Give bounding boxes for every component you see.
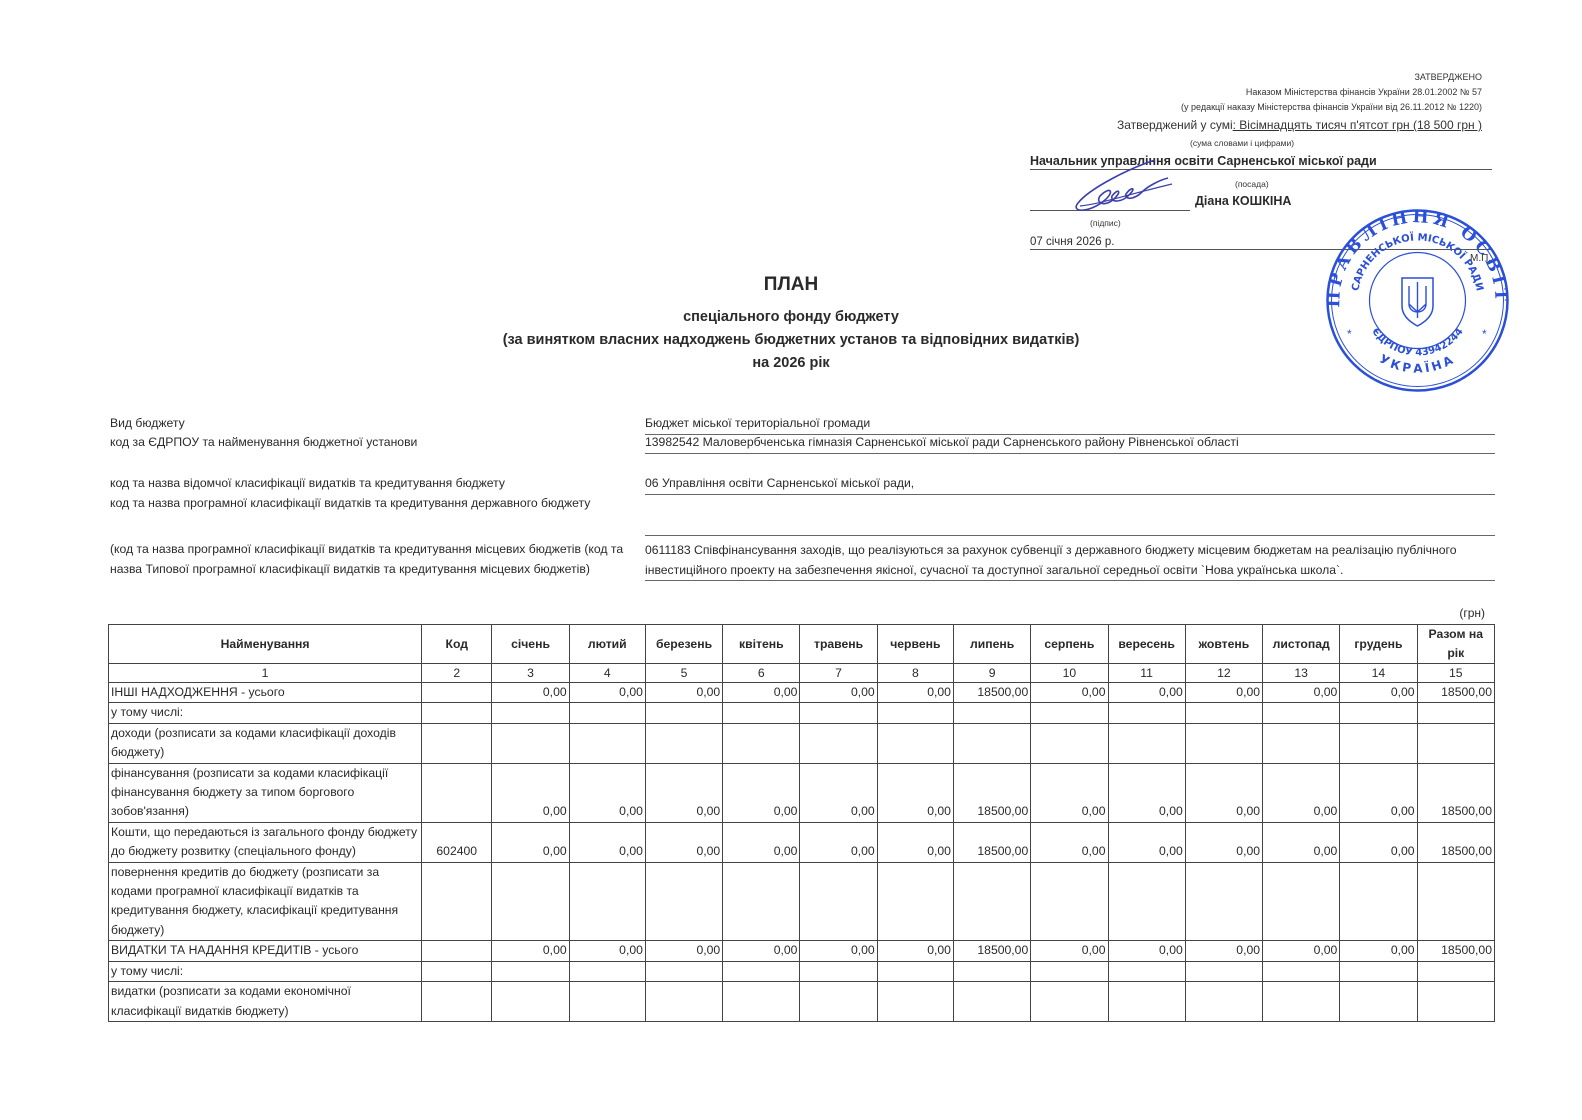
row-value: 0,00 — [1185, 763, 1262, 822]
row-value — [1031, 862, 1108, 941]
row-value — [645, 982, 722, 1022]
column-header: квітень — [723, 625, 800, 664]
row-value: 0,00 — [800, 822, 877, 862]
row-value — [877, 703, 953, 723]
row-name: видатки (розписати за кодами економічної… — [109, 982, 422, 1022]
column-index: 5 — [645, 664, 722, 683]
document-subtitle: спеціального фонду бюджету — [0, 309, 1582, 325]
column-index: 12 — [1185, 664, 1262, 683]
row-value — [1185, 723, 1262, 763]
row-value — [1031, 982, 1108, 1022]
row-code — [422, 941, 492, 961]
row-value — [1417, 723, 1494, 763]
column-index: 4 — [569, 664, 645, 683]
row-value: 0,00 — [492, 822, 569, 862]
row-value — [1263, 982, 1340, 1022]
document-subtitle-note: (за винятком власних надходжень бюджетни… — [0, 332, 1582, 348]
document-year: на 2026 рік — [0, 355, 1582, 371]
row-value — [569, 703, 645, 723]
row-code: 602400 — [422, 822, 492, 862]
row-value: 0,00 — [1185, 941, 1262, 961]
row-value — [1263, 862, 1340, 941]
row-code — [422, 723, 492, 763]
row-value — [953, 723, 1030, 763]
row-value: 0,00 — [645, 941, 722, 961]
row-name: у тому числі: — [109, 703, 422, 723]
row-name: доходи (розписати за кодами класифікації… — [109, 723, 422, 763]
column-header: Код — [422, 625, 492, 664]
column-header: грудень — [1340, 625, 1417, 664]
row-value: 18500,00 — [1417, 763, 1494, 822]
row-value: 0,00 — [1340, 763, 1417, 822]
row-value — [800, 982, 877, 1022]
row-value — [492, 703, 569, 723]
signature-note: (підпис) — [1090, 218, 1121, 228]
column-index: 2 — [422, 664, 492, 683]
column-header: травень — [800, 625, 877, 664]
row-value — [723, 703, 800, 723]
signature-icon — [1060, 158, 1180, 218]
row-value — [1340, 703, 1417, 723]
table-row: повернення кредитів до бюджету (розписат… — [109, 862, 1495, 941]
column-header: Разом на рік — [1417, 625, 1494, 664]
row-value — [1031, 961, 1108, 981]
row-value: 18500,00 — [953, 683, 1030, 703]
row-value — [492, 961, 569, 981]
table-row: у тому числі: — [109, 703, 1495, 723]
row-value: 0,00 — [723, 683, 800, 703]
row-value — [1185, 703, 1262, 723]
row-value — [953, 982, 1030, 1022]
approved-sum: Затверджений у сумі: Вісімнадцять тисяч … — [1117, 115, 1482, 135]
row-value — [1340, 862, 1417, 941]
row-value: 0,00 — [800, 941, 877, 961]
row-value — [1417, 961, 1494, 981]
row-value: 0,00 — [1185, 822, 1262, 862]
column-index: 9 — [953, 664, 1030, 683]
row-value: 0,00 — [1340, 941, 1417, 961]
row-value: 0,00 — [1031, 763, 1108, 822]
column-header: Найменування — [109, 625, 422, 664]
row-value — [569, 862, 645, 941]
row-value — [877, 862, 953, 941]
currency-unit: (грн) — [1459, 606, 1485, 620]
row-value: 18500,00 — [953, 822, 1030, 862]
table-row: ІНШІ НАДХОДЖЕННЯ - усього0,000,000,000,0… — [109, 683, 1495, 703]
row-value: 0,00 — [569, 822, 645, 862]
row-value: 0,00 — [1108, 683, 1185, 703]
column-index: 6 — [723, 664, 800, 683]
column-index: 13 — [1263, 664, 1340, 683]
row-value — [1108, 703, 1185, 723]
row-value: 0,00 — [877, 683, 953, 703]
table-row: доходи (розписати за кодами класифікації… — [109, 723, 1495, 763]
row-name: ВИДАТКИ ТА НАДАННЯ КРЕДИТІВ - усього — [109, 941, 422, 961]
row-value: 0,00 — [645, 683, 722, 703]
sum-note: (сума словами і цифрами) — [1190, 138, 1294, 148]
column-index: 1 — [109, 664, 422, 683]
row-value — [877, 982, 953, 1022]
row-name: ІНШІ НАДХОДЖЕННЯ - усього — [109, 683, 422, 703]
row-value — [1263, 703, 1340, 723]
row-value: 18500,00 — [1417, 941, 1494, 961]
row-value — [877, 723, 953, 763]
row-code — [422, 982, 492, 1022]
row-value — [1263, 961, 1340, 981]
row-value — [1185, 982, 1262, 1022]
row-value — [569, 961, 645, 981]
row-code — [422, 703, 492, 723]
row-value — [1340, 723, 1417, 763]
row-value: 0,00 — [492, 683, 569, 703]
row-value: 0,00 — [1108, 763, 1185, 822]
column-index: 8 — [877, 664, 953, 683]
table-index-row: 123456789101112131415 — [109, 664, 1495, 683]
row-value — [800, 862, 877, 941]
row-code — [422, 763, 492, 822]
row-value — [1185, 862, 1262, 941]
approved-sum-value: : Вісімнадцять тисяч п'ятсот грн (18 500… — [1233, 118, 1482, 132]
row-value: 0,00 — [645, 763, 722, 822]
row-value: 0,00 — [1031, 941, 1108, 961]
row-value: 0,00 — [877, 763, 953, 822]
row-value — [1340, 961, 1417, 981]
row-value: 0,00 — [569, 941, 645, 961]
row-name: у тому числі: — [109, 961, 422, 981]
column-header: вересень — [1108, 625, 1185, 664]
row-value — [1108, 982, 1185, 1022]
column-header: жовтень — [1185, 625, 1262, 664]
row-value: 18500,00 — [953, 941, 1030, 961]
row-value: 0,00 — [723, 763, 800, 822]
row-value: 0,00 — [1108, 941, 1185, 961]
column-header: січень — [492, 625, 569, 664]
row-value — [1108, 723, 1185, 763]
row-value: 0,00 — [1263, 941, 1340, 961]
row-value: 0,00 — [1031, 683, 1108, 703]
row-value: 18500,00 — [1417, 822, 1494, 862]
row-value — [723, 982, 800, 1022]
row-value — [1031, 723, 1108, 763]
row-value — [953, 862, 1030, 941]
row-value: 0,00 — [723, 822, 800, 862]
approval-block: ЗАТВЕРДЖЕНО Наказом Міністерства фінансі… — [1117, 70, 1482, 135]
row-value — [723, 723, 800, 763]
row-value — [645, 723, 722, 763]
column-index: 3 — [492, 664, 569, 683]
row-value — [1263, 723, 1340, 763]
row-value — [800, 961, 877, 981]
row-value: 18500,00 — [1417, 683, 1494, 703]
row-value: 0,00 — [1263, 683, 1340, 703]
row-value — [800, 723, 877, 763]
approval-order-line: Наказом Міністерства фінансів України 28… — [1117, 85, 1482, 100]
row-code — [422, 862, 492, 941]
seal-place-note: М.П. — [1470, 253, 1491, 264]
row-code — [422, 683, 492, 703]
row-value — [1340, 982, 1417, 1022]
approved-sum-label: Затверджений у сумі — [1117, 118, 1233, 132]
table-row: Кошти, що передаються із загального фонд… — [109, 822, 1495, 862]
column-header: червень — [877, 625, 953, 664]
row-value — [569, 723, 645, 763]
column-header: лютий — [569, 625, 645, 664]
row-value — [569, 982, 645, 1022]
column-header: серпень — [1031, 625, 1108, 664]
row-value — [492, 723, 569, 763]
row-value: 0,00 — [1263, 763, 1340, 822]
column-header: листопад — [1263, 625, 1340, 664]
row-name: фінансування (розписати за кодами класиф… — [109, 763, 422, 822]
row-value: 0,00 — [800, 683, 877, 703]
row-value — [1108, 862, 1185, 941]
column-index: 7 — [800, 664, 877, 683]
row-value: 0,00 — [1263, 822, 1340, 862]
row-value — [645, 703, 722, 723]
row-value — [492, 862, 569, 941]
column-index: 11 — [1108, 664, 1185, 683]
row-value: 0,00 — [800, 763, 877, 822]
row-value: 0,00 — [723, 941, 800, 961]
row-value — [645, 862, 722, 941]
column-index: 10 — [1031, 664, 1108, 683]
row-value: 0,00 — [877, 822, 953, 862]
row-value: 0,00 — [645, 822, 722, 862]
row-value: 0,00 — [492, 763, 569, 822]
column-header: липень — [953, 625, 1030, 664]
position-note: (посада) — [1235, 179, 1269, 189]
row-value: 0,00 — [1185, 683, 1262, 703]
column-header: березень — [645, 625, 722, 664]
row-value: 18500,00 — [953, 763, 1030, 822]
row-value — [800, 703, 877, 723]
row-value: 0,00 — [492, 941, 569, 961]
row-code — [422, 961, 492, 981]
row-value — [723, 862, 800, 941]
plan-table: НайменуванняКодсіченьлютийберезеньквітен… — [108, 624, 1495, 1022]
row-value — [492, 982, 569, 1022]
row-value — [953, 703, 1030, 723]
table-row: фінансування (розписати за кодами класиф… — [109, 763, 1495, 822]
row-value — [877, 961, 953, 981]
row-value: 0,00 — [1108, 822, 1185, 862]
signer-name: Діана КОШКІНА — [1195, 194, 1291, 208]
row-name: повернення кредитів до бюджету (розписат… — [109, 862, 422, 941]
row-value: 0,00 — [1340, 683, 1417, 703]
row-value: 0,00 — [877, 941, 953, 961]
approval-edition-line: (у редакції наказу Міністерства фінансів… — [1117, 100, 1482, 115]
row-value — [1031, 703, 1108, 723]
row-value — [1185, 961, 1262, 981]
table-row: ВИДАТКИ ТА НАДАННЯ КРЕДИТІВ - усього0,00… — [109, 941, 1495, 961]
row-value: 0,00 — [569, 763, 645, 822]
row-value: 0,00 — [1031, 822, 1108, 862]
approval-stamp-word: ЗАТВЕРДЖЕНО — [1117, 70, 1482, 85]
row-value — [723, 961, 800, 981]
row-name: Кошти, що передаються із загального фонд… — [109, 822, 422, 862]
row-value — [953, 961, 1030, 981]
document-title: ПЛАН — [0, 274, 1582, 296]
column-index: 15 — [1417, 664, 1494, 683]
row-value: 0,00 — [569, 683, 645, 703]
table-row: у тому числі: — [109, 961, 1495, 981]
row-value — [1108, 961, 1185, 981]
row-value — [645, 961, 722, 981]
table-header-row: НайменуванняКодсіченьлютийберезеньквітен… — [109, 625, 1495, 664]
table-row: видатки (розписати за кодами економічної… — [109, 982, 1495, 1022]
row-value — [1417, 982, 1494, 1022]
row-value — [1417, 862, 1494, 941]
row-value — [1417, 703, 1494, 723]
row-value: 0,00 — [1340, 822, 1417, 862]
column-index: 14 — [1340, 664, 1417, 683]
